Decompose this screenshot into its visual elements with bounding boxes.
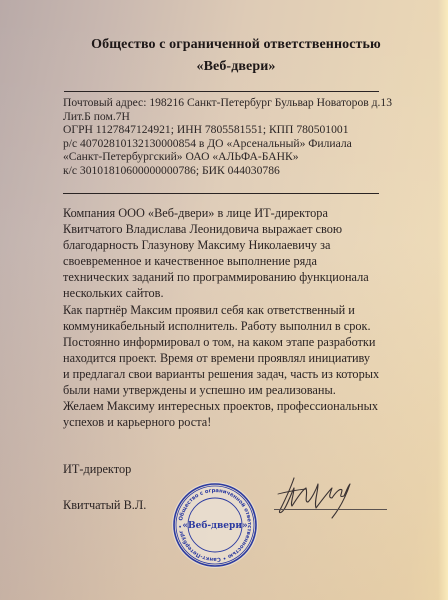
letter-line: своевременное и качественное выполнение …	[63, 253, 379, 269]
letter-body: Компания ООО «Веб-двери» в лице ИТ-дирек…	[63, 205, 379, 430]
letter-line: благодарность Глазунову Максиму Николаев…	[63, 237, 379, 253]
paper-edge	[438, 0, 448, 600]
requisites-address: Почтовый адрес: 198216 Санкт-Петербург Б…	[63, 96, 392, 110]
signatory-name: Квитчатый В.Л.	[63, 498, 146, 513]
letter-line: успехов и карьерного роста!	[63, 414, 379, 430]
letter-line: нескольких сайтов.	[63, 285, 379, 301]
letter-line: коммуникабельный исполнитель. Работу вып…	[63, 318, 379, 334]
organization-brand: «Веб-двери»	[12, 59, 448, 75]
letter-line: Квитчатого Владислава Леонидовича выража…	[63, 221, 379, 237]
stamp-center-text: «Веб-двери»	[182, 520, 247, 531]
handwritten-signature-icon	[272, 470, 372, 520]
letter-line: Постоянно информировал о том, на каком э…	[63, 334, 379, 350]
company-stamp-icon: Общество с ограниченной ответственностью…	[170, 480, 260, 570]
header-divider	[64, 91, 379, 92]
company-requisites: Почтовый адрес: 198216 Санкт-Петербург Б…	[63, 96, 392, 177]
letter-line: Компания ООО «Веб-двери» в лице ИТ-дирек…	[63, 205, 379, 221]
organization-name: Общество с ограниченной ответственностью	[12, 37, 448, 53]
requisites-correspondent: к/с 30101810600000000786; БИК 044030786	[63, 164, 392, 178]
letter-line: Желаем Максиму интересных проектов, проф…	[63, 398, 379, 414]
requisites-bank: «Санкт-Петербургский» ОАО «АЛЬФА-БАНК»	[63, 150, 392, 164]
requisites-account: р/с 40702810132130000854 в ДО «Арсенальн…	[63, 137, 392, 151]
letter-line: технических заданий по программированию …	[63, 269, 379, 285]
letter-line: Как партнёр Максим проявил себя как отве…	[63, 302, 379, 318]
requisites-registration: ОГРН 1127847124921; ИНН 7805581551; КПП …	[63, 123, 392, 137]
letter-line: находится проект. Время от времени прояв…	[63, 350, 379, 366]
signatory-position: ИТ-директор	[63, 462, 131, 477]
letter-line: и предлагал свои варианты решения задач,…	[63, 366, 379, 382]
requisites-divider	[63, 193, 379, 194]
requisites-address-cont: Лит.Б пом.7Н	[63, 110, 392, 124]
letter-line: были нами утверждены и успешно им реализ…	[63, 382, 379, 398]
signature-line	[274, 509, 387, 510]
